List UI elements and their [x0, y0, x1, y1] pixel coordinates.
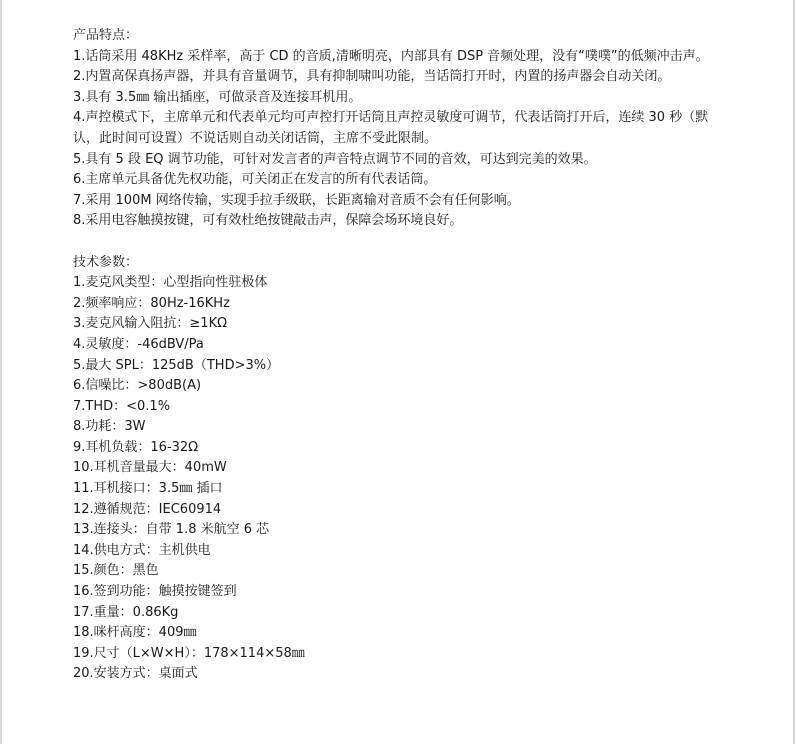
spec-item: 6.信噪比：>80dB(A)	[73, 376, 733, 397]
spec-item: 16.签到功能：触摸按键签到	[73, 582, 733, 603]
spec-item: 18.咪杆高度：409㎜	[73, 623, 733, 644]
spec-item: 4.灵敏度：-46dBV/Pa	[73, 335, 733, 356]
feature-item: 7.采用 100M 网络传输，实现手拉手级联，长距离输对音质不会有任何影响。	[73, 191, 733, 212]
tech-specs-section: 技术参数： 1.麦克风类型：心型指向性驻极体 2.频率响应：80Hz-16KHz…	[73, 253, 733, 685]
spec-item: 9.耳机负载：16-32Ω	[73, 438, 733, 459]
feature-item: 6.主席单元具备优先权功能，可关闭正在发言的所有代表话筒。	[73, 170, 733, 191]
product-features-section: 产品特点： 1.话筒采用 48KHz 采样率，高于 CD 的音质,清晰明亮，内部…	[73, 26, 733, 232]
section-spacer	[73, 232, 733, 253]
feature-item: 5.具有 5 段 EQ 调节功能，可针对发言者的声音特点调节不同的音效，可达到完…	[73, 150, 733, 171]
spec-item: 13.连接头：自带 1.8 米航空 6 芯	[73, 520, 733, 541]
feature-item: 8.采用电容触摸按键，可有效杜绝按键敲击声，保障会场环境良好。	[73, 211, 733, 232]
spec-item: 19.尺寸（L×W×H）：178×114×58㎜	[73, 644, 733, 665]
spec-item: 10.耳机音量最大：40mW	[73, 458, 733, 479]
spec-item: 14.供电方式：主机供电	[73, 541, 733, 562]
features-heading: 产品特点：	[73, 26, 733, 47]
spec-item: 3.麦克风输入阻抗：≥1KΩ	[73, 314, 733, 335]
specs-heading: 技术参数：	[73, 253, 733, 274]
feature-item: 2.内置高保真扬声器，并具有音量调节，具有抑制啸叫功能，当话筒打开时，内置的扬声…	[73, 67, 733, 88]
spec-item: 8.功耗：3W	[73, 417, 733, 438]
right-border	[793, 0, 795, 744]
spec-item: 17.重量：0.86Kg	[73, 603, 733, 624]
feature-item: 3.具有 3.5㎜ 输出插座，可做录音及连接耳机用。	[73, 88, 733, 109]
spec-item: 12.遵循规范：IEC60914	[73, 500, 733, 521]
spec-item: 2.频率响应：80Hz-16KHz	[73, 294, 733, 315]
spec-item: 20.安装方式：桌面式	[73, 664, 733, 685]
spec-item: 11.耳机接口：3.5㎜ 插口	[73, 479, 733, 500]
spec-item: 1.麦克风类型：心型指向性驻极体	[73, 273, 733, 294]
document-body: 产品特点： 1.话筒采用 48KHz 采样率，高于 CD 的音质,清晰明亮，内部…	[73, 26, 733, 685]
spec-item: 5.最大 SPL：125dB（THD>3%）	[73, 356, 733, 377]
feature-item: 1.话筒采用 48KHz 采样率，高于 CD 的音质,清晰明亮，内部具有 DSP…	[73, 47, 733, 68]
spec-item: 7.THD：<0.1%	[73, 397, 733, 418]
feature-item: 4.声控模式下，主席单元和代表单元均可声控打开话筒且声控灵敏度可调节，代表话筒打…	[73, 108, 733, 149]
left-border	[0, 0, 2, 744]
spec-item: 15.颜色：黑色	[73, 561, 733, 582]
